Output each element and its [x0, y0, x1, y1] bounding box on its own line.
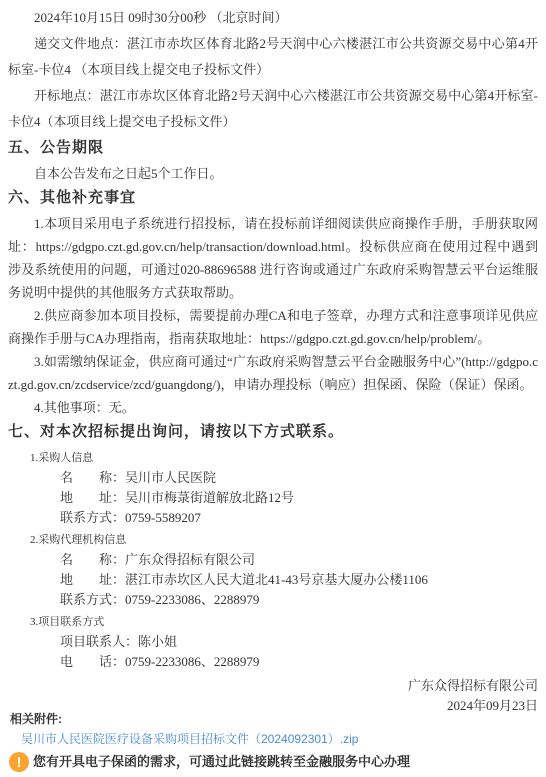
purchaser-info: 1.采购人信息 名 称：吴川市人民医院 地 址：吴川市梅菉街道解放北路12号 联… [8, 449, 538, 528]
agency-info-header: 2.采购代理机构信息 [30, 531, 538, 549]
section-6-paragraph: 1.本项目采用电子系统进行招投标，请在投标前详细阅读供应商操作手册，手册获取网址… [8, 212, 538, 304]
attachments-label: 相关附件: [10, 711, 546, 728]
bid-opening-location: 开标地点：湛江市赤坎区体育北路2号天润中心六楼湛江市公共资源交易中心第4开标室-… [8, 83, 538, 135]
signature-block: 广东众得招标有限公司 2024年09月23日 [8, 676, 538, 716]
agency-contact: 联系方式：0759-2233086、2288979 [60, 590, 538, 610]
section-5-title: 五、公告期限 [8, 135, 538, 162]
section-6-paragraph: 2.供应商参加本项目投标，需要提前办理CA和电子签章，办理方式和注意事项详见供应… [8, 304, 538, 350]
section-6-paragraph: 3.如需缴纳保证金，供应商可通过“广东政府采购智慧云平台金融服务中心”(http… [8, 350, 538, 396]
project-contact-phone: 电 话：0759-2233086、2288979 [60, 652, 538, 672]
submit-location: 递交文件地点：湛江市赤坎区体育北路2号天润中心六楼湛江市公共资源交易中心第4开标… [8, 31, 538, 83]
exclamation-icon: ! [9, 752, 29, 772]
e-guarantee-notice-link[interactable]: ! 您有开具电子保函的需求，可通过此链接跳转至金融服务中心办理 [9, 751, 546, 773]
section-6-title: 六、其他补充事宜 [8, 185, 538, 212]
signature-company: 广东众得招标有限公司 [8, 676, 538, 696]
purchaser-address: 地 址：吴川市梅菉街道解放北路12号 [60, 488, 538, 508]
project-contact-info: 3.项目联系方式 项目联系人：陈小姐 电 话：0759-2233086、2288… [8, 613, 538, 672]
purchaser-contact: 联系方式：0759-5589207 [60, 508, 538, 528]
agency-address: 地 址：湛江市赤坎区人民大道北41-43号京基大厦办公楼1106 [60, 570, 538, 590]
agency-info: 2.采购代理机构信息 名 称：广东众得招标有限公司 地 址：湛江市赤坎区人民大道… [8, 531, 538, 610]
purchaser-info-header: 1.采购人信息 [30, 449, 538, 467]
section-7-title: 七、对本次招标提出询问，请按以下方式联系。 [8, 419, 538, 446]
section-6-paragraph: 4.其他事项：无。 [8, 396, 538, 419]
section-5-body: 自本公告发布之日起5个工作日。 [8, 162, 538, 185]
e-guarantee-notice-text: 您有开具电子保函的需求，可通过此链接跳转至金融服务中心办理 [33, 751, 410, 773]
attachment-file-link[interactable]: 吴川市人民医院医疗设备采购项目招标文件（2024092301）.zip [21, 730, 358, 748]
project-contact-person: 项目联系人：陈小姐 [60, 632, 538, 652]
announcement-document: 2024年10月15日 09时30分00秒 （北京时间） 递交文件地点：湛江市赤… [0, 0, 546, 716]
project-contact-header: 3.项目联系方式 [30, 613, 538, 631]
attachment-section: 相关附件: 吴川市人民医院医疗设备采购项目招标文件（2024092301）.zi… [0, 711, 546, 773]
purchaser-name: 名 称：吴川市人民医院 [60, 468, 538, 488]
bid-deadline-time: 2024年10月15日 09时30分00秒 （北京时间） [8, 5, 538, 31]
agency-name: 名 称：广东众得招标有限公司 [60, 550, 538, 570]
